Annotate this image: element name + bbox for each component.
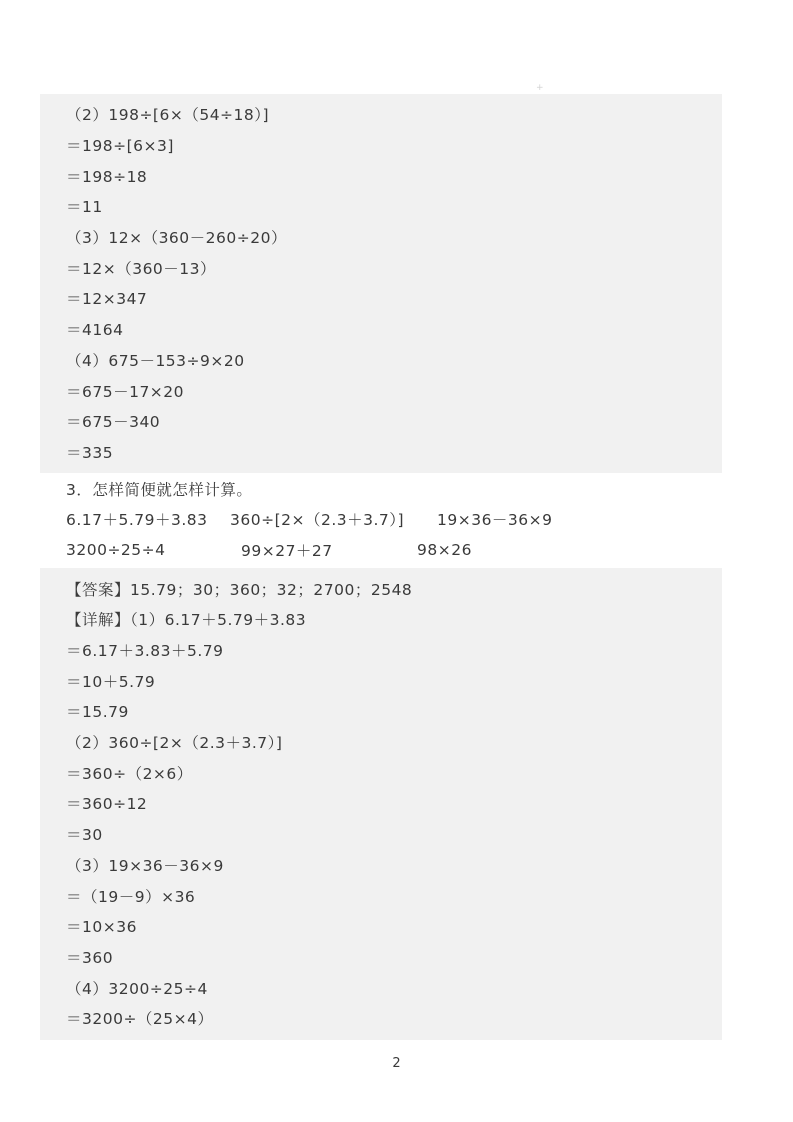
solution-line: （4）675－153÷9×20 xyxy=(40,345,722,376)
solution-line: （4）3200÷25÷4 xyxy=(40,972,722,1003)
solution-block-1: （2）198÷[6×（54÷18）] ＝198÷[6×3] ＝198÷18 ＝1… xyxy=(40,94,722,473)
solution-line: （3）12×（360－260÷20） xyxy=(40,222,722,253)
problem-expression: 98×26 xyxy=(417,541,472,559)
problem-expression: 360÷[2×（2.3＋3.7）] xyxy=(230,508,404,530)
solution-line: ＝12×（360－13） xyxy=(40,252,722,283)
solution-line: （2）198÷[6×（54÷18）] xyxy=(40,99,722,130)
solution-line: ＝360÷12 xyxy=(40,788,722,819)
answer-line: 【答案】15.79；30；360；32；2700；2548 xyxy=(40,573,722,604)
stray-mark: + xyxy=(536,84,544,93)
problem-expression: 99×27＋27 xyxy=(241,539,333,561)
solution-line: ＝675－17×20 xyxy=(40,375,722,406)
solution-line: ＝360÷（2×6） xyxy=(40,757,722,788)
solution-line: ＝4164 xyxy=(40,314,722,345)
page-number: 2 xyxy=(0,1056,793,1071)
solution-line: ＝12×347 xyxy=(40,283,722,314)
solution-block-2: 【答案】15.79；30；360；32；2700；2548 【详解】（1）6.1… xyxy=(40,568,722,1039)
question-3-section: 3．怎样简便就怎样计算。 6.17＋5.79＋3.83 360÷[2×（2.3＋… xyxy=(40,473,722,565)
solution-line: ＝198÷18 xyxy=(40,160,722,191)
problem-expression: 6.17＋5.79＋3.83 xyxy=(66,508,208,530)
solution-line: ＝3200÷（25×4） xyxy=(40,1003,722,1034)
solution-line: ＝198÷[6×3] xyxy=(40,130,722,161)
solution-line: （3）19×36－36×9 xyxy=(40,850,722,881)
document-body: （2）198÷[6×（54÷18）] ＝198÷[6×3] ＝198÷18 ＝1… xyxy=(40,94,722,1040)
solution-line: ＝675－340 xyxy=(40,406,722,437)
question-3-heading: 3．怎样简便就怎样计算。 xyxy=(40,473,722,504)
problem-expression: 3200÷25÷4 xyxy=(66,541,166,559)
solution-line: ＝30 xyxy=(40,819,722,850)
detail-line: 【详解】（1）6.17＋5.79＋3.83 xyxy=(40,604,722,635)
solution-line: ＝15.79 xyxy=(40,696,722,727)
solution-line: （2）360÷[2×（2.3＋3.7）] xyxy=(40,727,722,758)
solution-line: ＝335 xyxy=(40,437,722,468)
problem-expression: 19×36－36×9 xyxy=(437,508,553,530)
question-3-problem-row-1: 6.17＋5.79＋3.83 360÷[2×（2.3＋3.7）] 19×36－3… xyxy=(40,504,722,535)
solution-line: ＝10＋5.79 xyxy=(40,665,722,696)
solution-line: ＝360 xyxy=(40,942,722,973)
solution-line: ＝（19－9）×36 xyxy=(40,880,722,911)
question-3-problem-row-2: 3200÷25÷4 99×27＋27 98×26 xyxy=(40,535,722,566)
solution-line: ＝10×36 xyxy=(40,911,722,942)
solution-line: ＝6.17＋3.83＋5.79 xyxy=(40,635,722,666)
solution-line: ＝11 xyxy=(40,191,722,222)
